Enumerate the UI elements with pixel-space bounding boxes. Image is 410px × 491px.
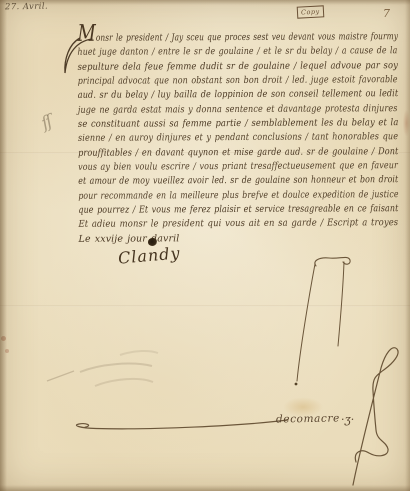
- margin-pencil-mark: ſſ: [39, 112, 54, 134]
- letter-text-block: Monsr le president / Jay sceu que proces…: [77, 30, 398, 247]
- paper-stain: [403, 110, 410, 136]
- page-number: 7: [383, 7, 390, 20]
- countersign-mark: ·ʒ·: [341, 413, 354, 426]
- sender-signature: Clandy: [117, 243, 181, 267]
- countersignature: decomacre: [276, 412, 340, 425]
- paper-edge-right: [405, 0, 410, 491]
- paper-edge-bottom: [0, 485, 410, 491]
- fold-crease-lower: [0, 305, 410, 307]
- paper-stain: [1, 336, 6, 341]
- letter-line: Et adieu monsr le president qui vous ait…: [78, 217, 398, 233]
- paper-stain: [5, 349, 9, 353]
- archivist-date-note: 27. Avril.: [5, 2, 48, 13]
- copy-stamp: Copy: [297, 5, 324, 18]
- paper-edge-left: [0, 0, 7, 491]
- manuscript-letter-page: 27. Avril. Copy 7 ſſ Monsr le president …: [0, 0, 410, 491]
- paper-edge-top: [0, 0, 410, 5]
